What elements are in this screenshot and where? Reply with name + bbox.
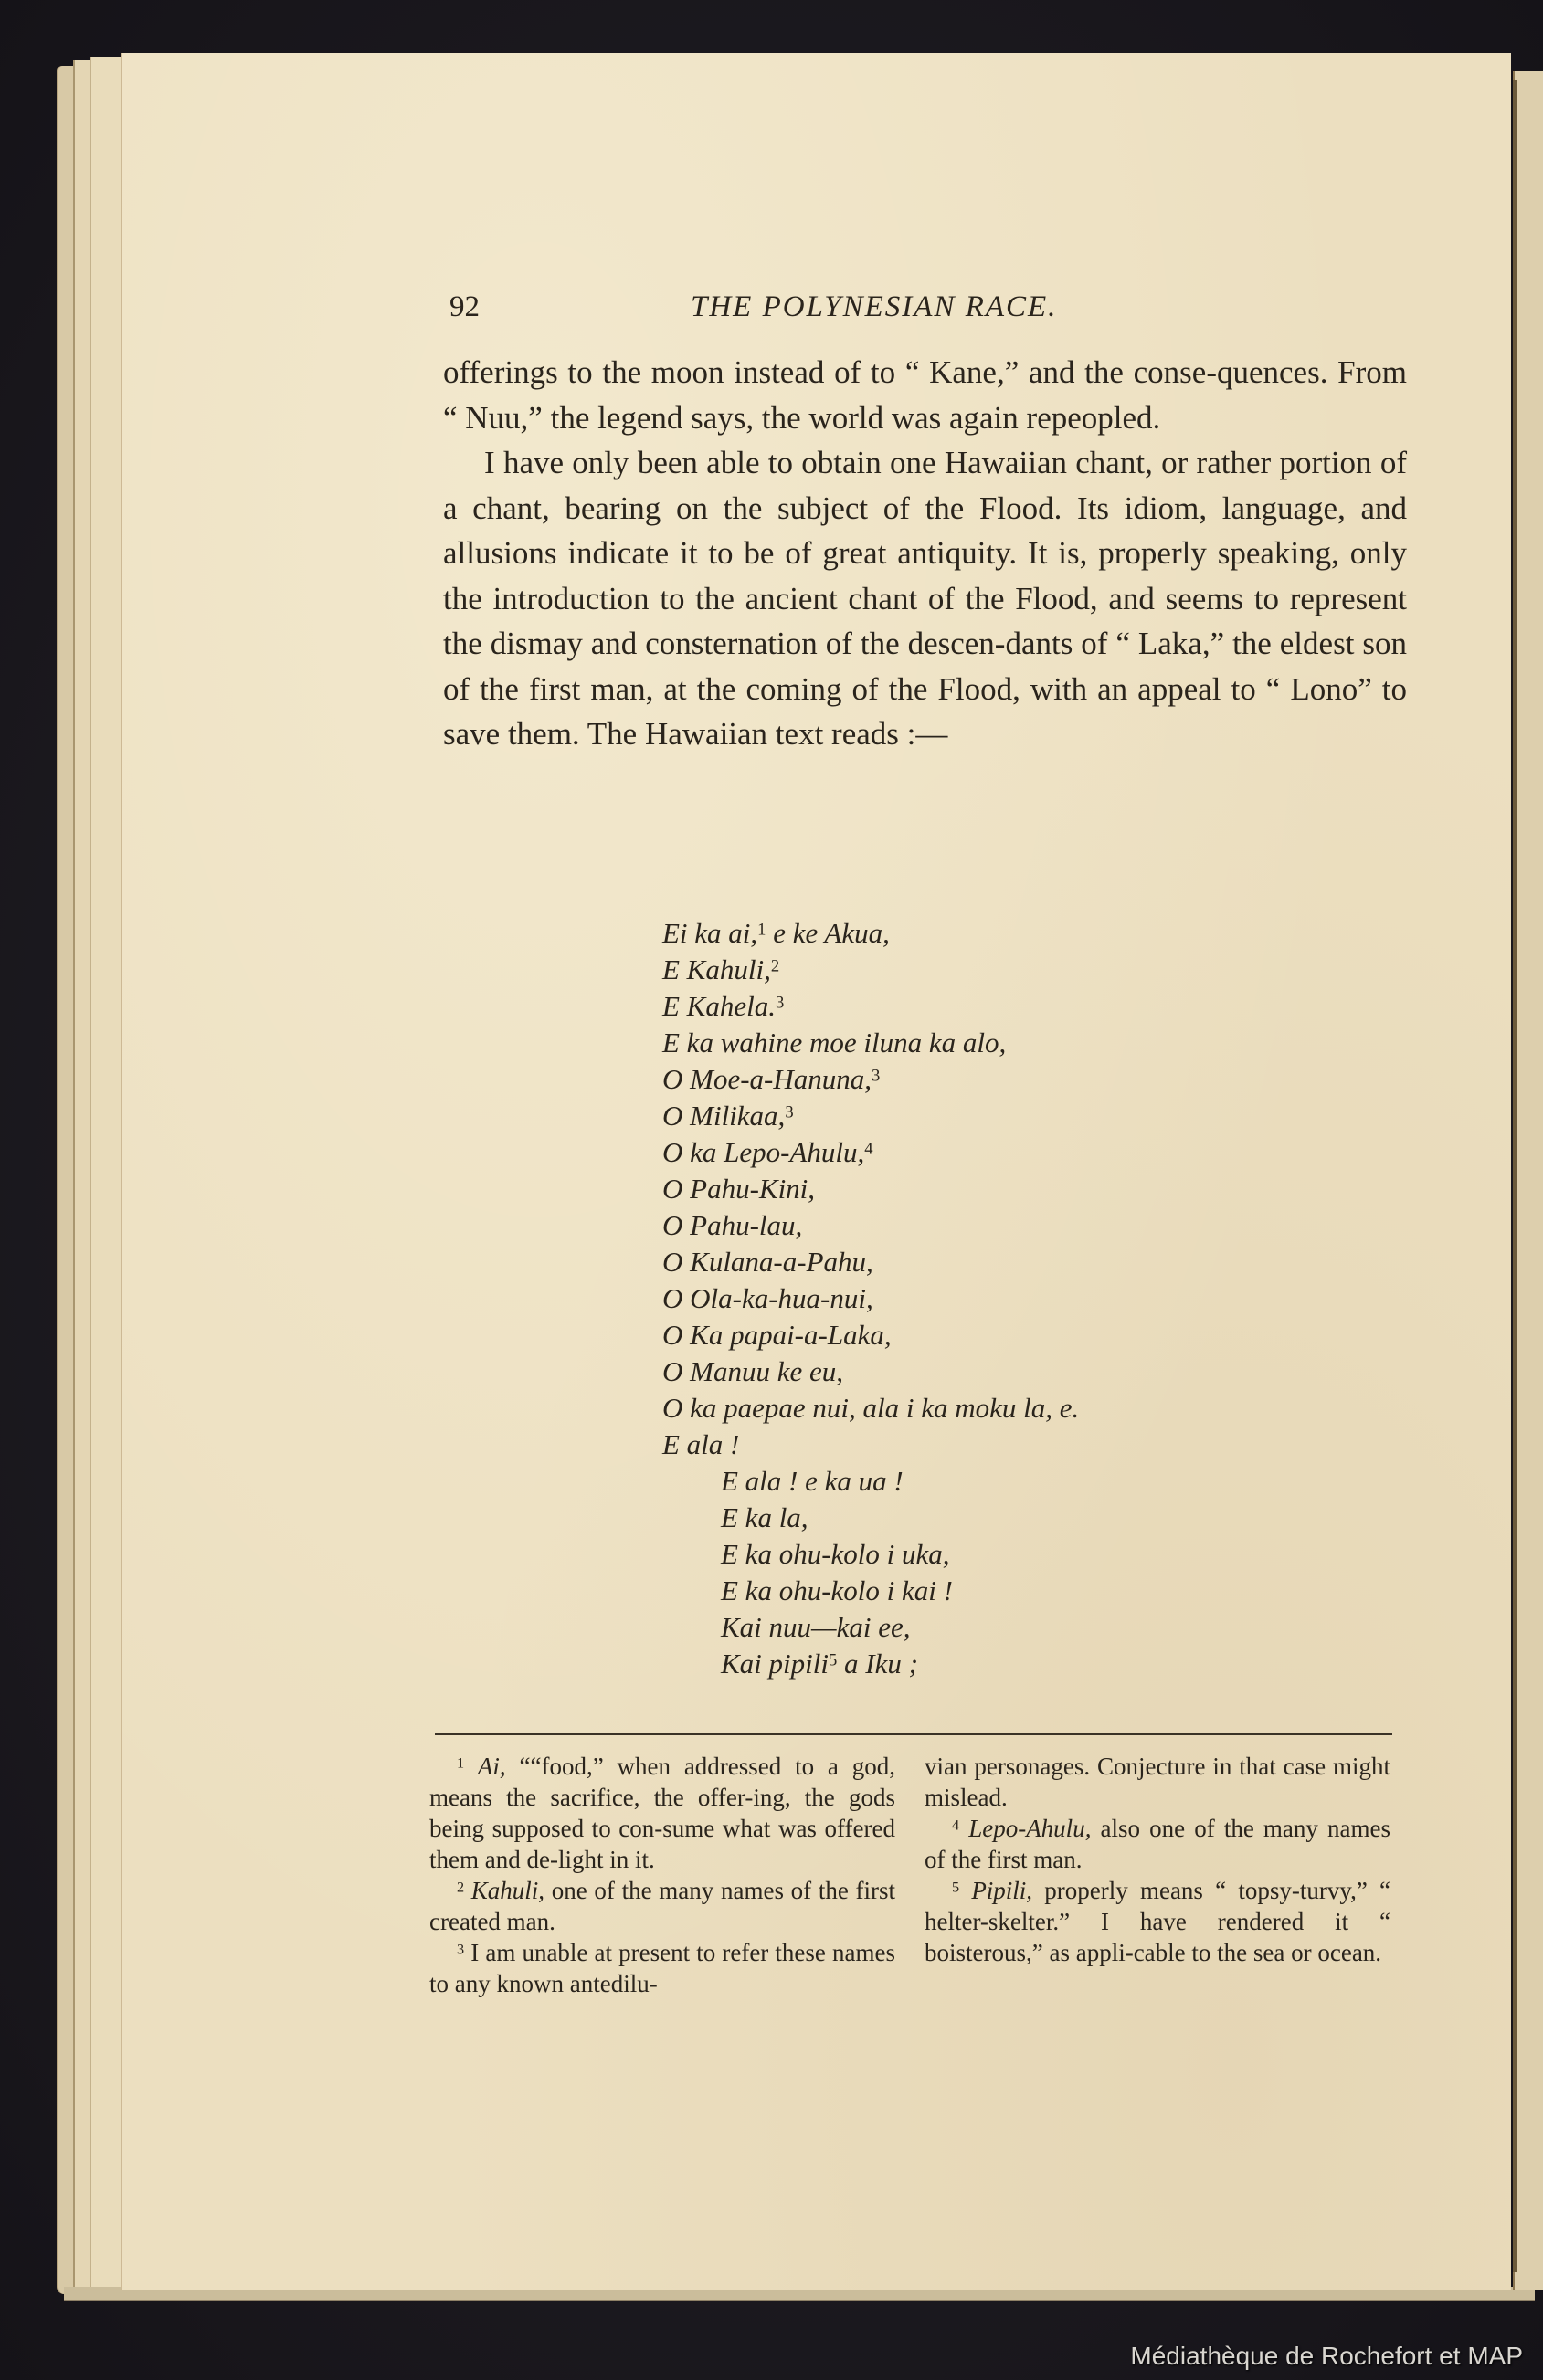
footnotes: 1 Ai, ““food,” when addressed to a god, … — [429, 1751, 1393, 1999]
paragraph: I have only been able to obtain one Hawa… — [443, 440, 1407, 757]
chant-line: O Kulana-a-Pahu, — [662, 1244, 1079, 1280]
footnote-rule — [435, 1733, 1392, 1735]
chant-line: E ala ! e ka ua ! — [662, 1463, 1079, 1500]
chant-line: Kai nuu—kai ee, — [662, 1609, 1079, 1646]
chant-line: E ka ohu-kolo i uka, — [662, 1536, 1079, 1573]
chant-line: O Milikaa,3 — [662, 1098, 1079, 1134]
footnote-ref: 5 — [829, 1651, 837, 1670]
library-watermark: Médiathèque de Rochefort et MAP — [1130, 2342, 1523, 2371]
chant-line: Ei ka ai,1 e ke Akua, — [662, 915, 1079, 952]
hawaiian-chant: Ei ka ai,1 e ke Akua,E Kahuli,2E Kahela.… — [662, 915, 1079, 1682]
footnote-3-continued: vian personages. Conjecture in that case… — [925, 1751, 1390, 1813]
chant-line: E ka ohu-kolo i kai ! — [662, 1573, 1079, 1609]
chant-line: O Manuu ke eu, — [662, 1353, 1079, 1390]
chant-line: O ka paepae nui, ala i ka moku la, e. — [662, 1390, 1079, 1427]
chant-line: O Pahu-lau, — [662, 1207, 1079, 1244]
chant-line: O ka Lepo-Ahulu,4 — [662, 1134, 1079, 1171]
footnote-2: 2 Kahuli, one of the many names of the f… — [429, 1875, 895, 1937]
running-header: 92 THE POLYNESIAN RACE. — [449, 290, 1407, 336]
footnote-ref: 3 — [776, 994, 784, 1013]
footnote-column-right: vian personages. Conjecture in that case… — [925, 1751, 1390, 1999]
chant-line: O Moe-a-Hanuna,3 — [662, 1061, 1079, 1098]
footnote-4: 4 Lepo-Ahulu, also one of the many names… — [925, 1813, 1390, 1875]
chant-line: E ka la, — [662, 1500, 1079, 1536]
chant-line: E Kahuli,2 — [662, 952, 1079, 988]
chant-line: E ala ! — [662, 1427, 1079, 1463]
chant-line: O Ola-ka-hua-nui, — [662, 1280, 1079, 1317]
footnote-1: 1 Ai, ““food,” when addressed to a god, … — [429, 1751, 895, 1875]
body-text: offerings to the moon instead of to “ Ka… — [443, 350, 1407, 757]
footnote-ref: 3 — [872, 1067, 880, 1086]
chant-line: E Kahela.3 — [662, 988, 1079, 1025]
footnote-ref: 3 — [785, 1103, 793, 1122]
gutter-shadow — [1513, 80, 1517, 2272]
paragraph: offerings to the moon instead of to “ Ka… — [443, 350, 1407, 440]
facing-page-edge — [1513, 71, 1543, 2290]
footnote-ref: 2 — [771, 957, 779, 976]
footnote-5: 5 Pipili, properly means “ topsy-turvy,”… — [925, 1875, 1390, 1968]
chant-line: Kai pipili5 a Iku ; — [662, 1646, 1079, 1682]
chant-line: O Pahu-Kini, — [662, 1171, 1079, 1207]
footnote-column-left: 1 Ai, ““food,” when addressed to a god, … — [429, 1751, 895, 1999]
page-number: 92 — [449, 290, 480, 324]
running-title: THE POLYNESIAN RACE. — [691, 290, 1057, 324]
footnote-ref: 4 — [864, 1140, 872, 1159]
chant-line: E ka wahine moe iluna ka alo, — [662, 1025, 1079, 1061]
footnote-3: 3 I am unable at present to refer these … — [429, 1937, 895, 1999]
chant-line: O Ka papai-a-Laka, — [662, 1317, 1079, 1353]
